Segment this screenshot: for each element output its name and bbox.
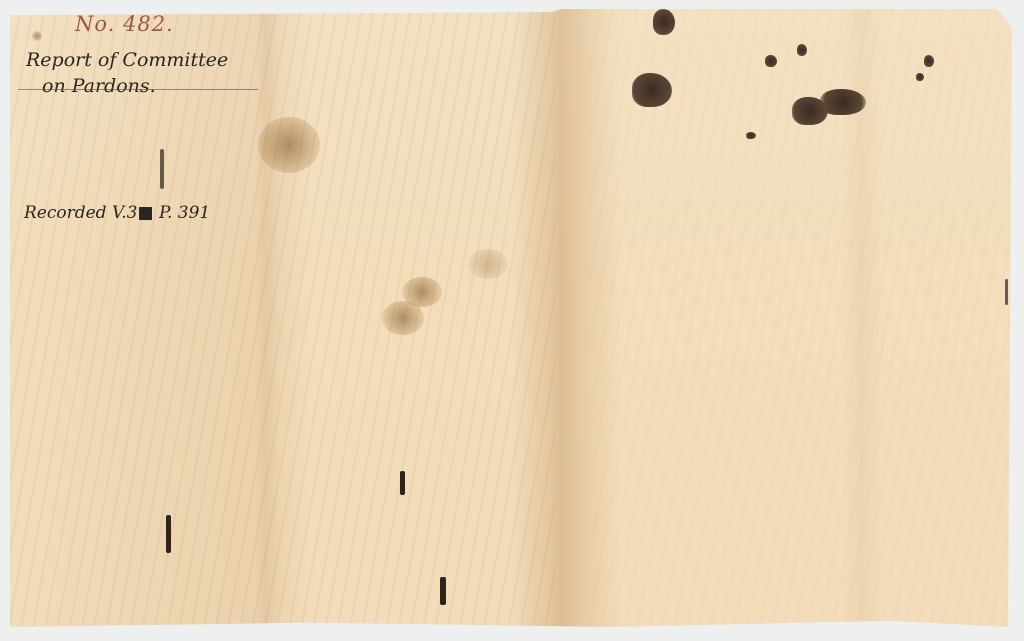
recorded-note: Recorded V.3■ P. 391 — [24, 203, 210, 223]
ink-blot — [924, 55, 934, 67]
ink-blot — [653, 9, 675, 35]
bleed-through-text-left — [10, 9, 555, 627]
docket-title-line-2: on Pardons. — [42, 75, 156, 97]
water-stain — [258, 117, 320, 173]
ink-blot — [765, 55, 777, 67]
ink-dot — [32, 31, 42, 41]
water-stain — [382, 301, 424, 335]
ink-blot — [792, 97, 828, 125]
ink-mark — [400, 471, 405, 495]
docket-number: No. 482. — [75, 12, 174, 36]
ink-blot — [746, 132, 756, 139]
ink-mark — [1005, 279, 1008, 305]
ink-mark — [160, 149, 164, 189]
ink-mark — [440, 577, 446, 605]
water-stain — [468, 249, 508, 279]
docket-title-line-1: Report of Committee — [26, 49, 228, 71]
ink-blot — [797, 44, 807, 56]
ink-blot — [632, 73, 672, 107]
ink-blot — [916, 73, 924, 81]
ink-mark — [166, 515, 171, 553]
title-underline — [18, 89, 258, 90]
manuscript-page: No. 482. Report of Committee on Pardons.… — [10, 9, 1012, 627]
